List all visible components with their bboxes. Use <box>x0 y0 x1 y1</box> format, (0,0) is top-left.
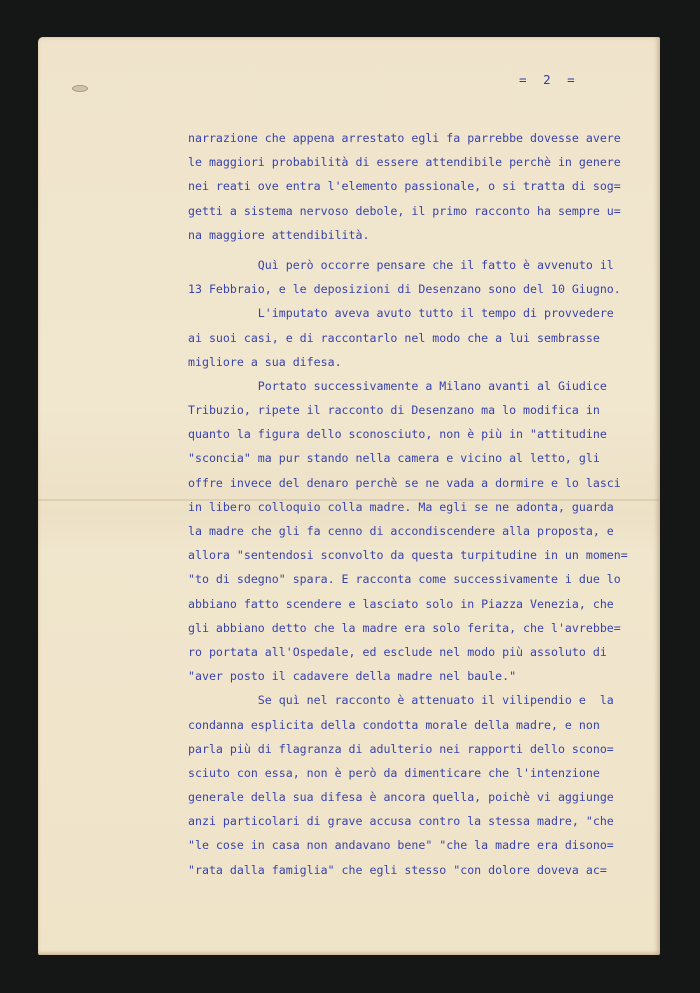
text-line: na maggiore attendibilità. <box>188 223 658 247</box>
text-line: allora "sentendosi sconvolto da questa t… <box>188 543 658 567</box>
text-line: "sconcia" ma pur stando nella camera e v… <box>188 446 658 470</box>
text-line: sciuto con essa, non è però da dimentica… <box>188 761 658 785</box>
text-line: nei reati ove entra l'elemento passional… <box>188 174 658 198</box>
page-number: = 2 = <box>519 72 575 87</box>
text-line: ro portata all'Ospedale, ed esclude nel … <box>188 640 658 664</box>
text-line: in libero colloquio colla madre. Ma egli… <box>188 495 658 519</box>
text-line: la madre che gli fa cenno di accondiscen… <box>188 519 658 543</box>
text-line: narrazione che appena arrestato egli fa … <box>188 126 658 150</box>
punch-mark <box>72 85 88 92</box>
text-line: "rata dalla famiglia" che egli stesso "c… <box>188 858 658 882</box>
text-line: migliore a sua difesa. <box>188 350 658 374</box>
text-line: condanna esplicita della condotta morale… <box>188 713 658 737</box>
text-line: getti a sistema nervoso debole, il primo… <box>188 199 658 223</box>
text-line: 13 Febbraio, e le deposizioni di Desenza… <box>188 277 658 301</box>
text-line: le maggiori probabilità di essere attend… <box>188 150 658 174</box>
text-line: "to di sdegno" spara. E racconta come su… <box>188 567 658 591</box>
text-line: Portato successivamente a Milano avanti … <box>188 374 658 398</box>
text-line: anzi particolari di grave accusa contro … <box>188 809 658 833</box>
text-line: generale della sua difesa è ancora quell… <box>188 785 658 809</box>
text-line: Se quì nel racconto è attenuato il vilip… <box>188 688 658 712</box>
text-line: offre invece del denaro perchè se ne vad… <box>188 471 658 495</box>
text-line: parla più di flagranza di adulterio nei … <box>188 737 658 761</box>
typewritten-body: narrazione che appena arrestato egli fa … <box>188 126 658 882</box>
text-line: quanto la figura dello sconosciuto, non … <box>188 422 658 446</box>
text-line: gli abbiano detto che la madre era solo … <box>188 616 658 640</box>
text-line: Tribuzio, ripete il racconto di Desenzan… <box>188 398 658 422</box>
text-line: Quì però occorre pensare che il fatto è … <box>188 253 658 277</box>
text-line: ai suoi casi, e di raccontarlo nel modo … <box>188 326 658 350</box>
text-line: L'imputato aveva avuto tutto il tempo di… <box>188 301 658 325</box>
text-line: "le cose in casa non andavano bene" "che… <box>188 833 658 857</box>
text-line: abbiano fatto scendere e lasciato solo i… <box>188 592 658 616</box>
text-line: "aver posto il cadavere della madre nel … <box>188 664 658 688</box>
